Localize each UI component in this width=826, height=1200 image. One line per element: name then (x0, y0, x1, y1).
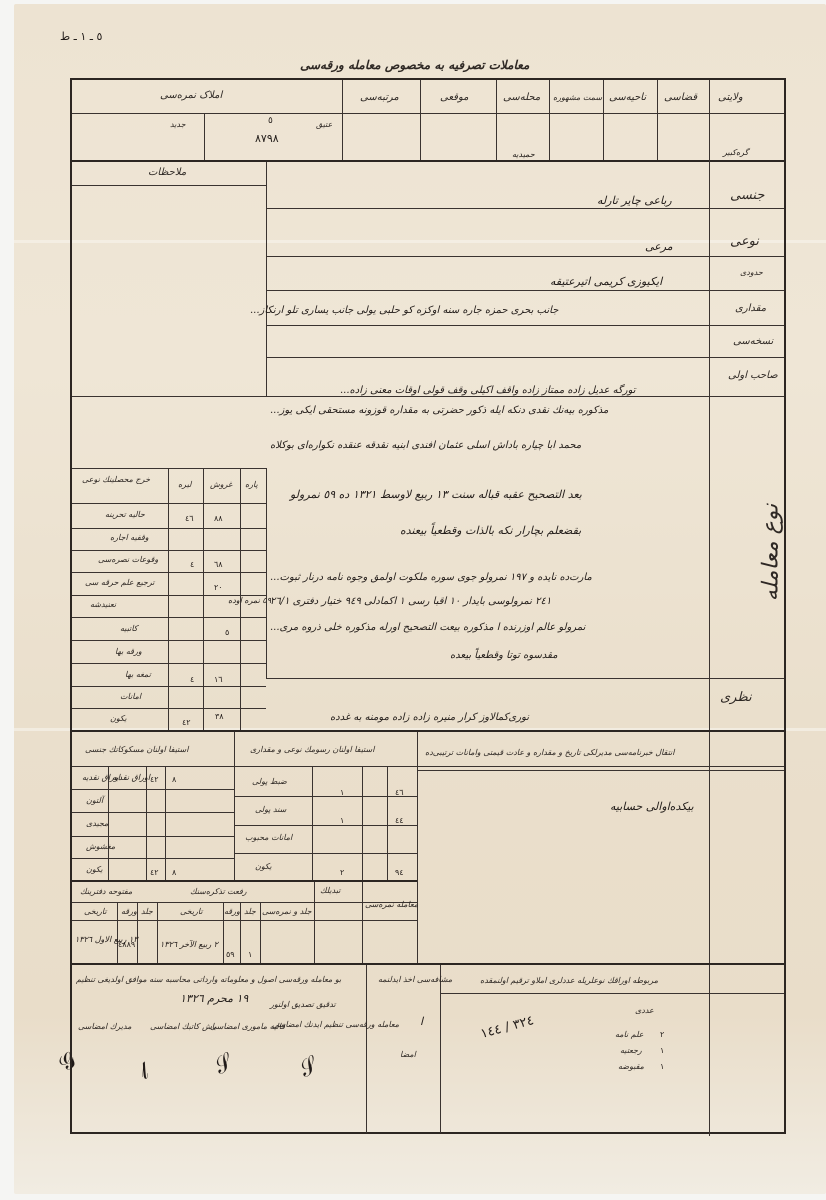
attached-item-name: علم نامه (615, 1030, 644, 1039)
value-miktari: جانب بحری حمزه جاره سنه اوکزه کو حلبی یو… (250, 305, 558, 316)
mahalle-value: حمیدیه (512, 150, 535, 159)
fee-total-kurus: ٣٨ (215, 712, 224, 721)
body-line-3: بعد التصحیح عقبه قباله سنت ١٣ ربیع لاوسط… (290, 488, 582, 501)
fee-row-kurus: ٦٨ (214, 560, 223, 569)
fee-total-label: یکون (110, 714, 127, 723)
fee-row-label: وقفیه اجاره (110, 533, 149, 542)
record-date-2: ٢ ربیع الآخر ١٣٢٦ (160, 940, 218, 949)
records-header-tezkere: رفعت تذکره‌سنك (190, 887, 247, 896)
frame-top (70, 78, 786, 80)
emlak-old-label: عتیق (316, 120, 332, 129)
rusum-total-lira: ٢ (340, 868, 344, 877)
fee-row-kurus: ١٦ (214, 675, 223, 684)
value-nevi: مرعی (645, 240, 673, 253)
body-line-6: ٢٤١ نمرولوسی بایدار ١٠ اقبا رسی ١ اکمادل… (270, 596, 551, 607)
rusum-row-lira: ١ (340, 816, 344, 825)
attached-item-name: مقبوضه (618, 1062, 644, 1071)
corner-mark: ٥ ـ ١ ـ ط (60, 30, 102, 43)
rusum-row-label: سند پولی (255, 805, 286, 814)
fee-row-kurus: ٨٨ (214, 514, 223, 523)
fee-row-label: وقوعات نصره‌سی (98, 555, 158, 564)
rusum-row-kurus: ٤٦ (395, 788, 404, 797)
attached-item-count: ١ (660, 1046, 664, 1055)
header-emlak-no: املاک نمره‌سی (160, 90, 222, 101)
fee-row-label: امانات (120, 692, 141, 701)
fee-header-type: خرج محصلینك نوعی (82, 475, 150, 484)
rusum-total-kurus: ٩٤ (395, 868, 404, 877)
fee-collector-value: ا (420, 1015, 423, 1028)
label-miktari: مقداری (735, 303, 766, 314)
paper-fold (14, 240, 826, 243)
coin-note: اوراق نقدیه (112, 773, 150, 782)
fee-row-label: تمغه بها (125, 670, 151, 679)
coin-total-kurus: ٤٢ (150, 868, 159, 877)
attached-item-name: رجعتیه (620, 1046, 642, 1055)
label-hududu: حدودی (740, 268, 763, 277)
rusum-row-lira: ١ (340, 788, 344, 797)
coin-total-label: یکون (86, 865, 103, 874)
record-sheet-2: ٥٩ (226, 950, 235, 959)
coin-row-label: آلتون (86, 796, 103, 805)
body-line-8: مقدسوه توتا وقطعیاً بیعده (450, 650, 558, 661)
document-title: معاملات تصرفیه به مخصوص معامله ورقه‌سی (300, 58, 529, 72)
fee-row-label: حالیه تحرینه (105, 510, 145, 519)
naziri-label: نظری (720, 690, 752, 705)
header-semt: سمت مشهوره (553, 93, 602, 102)
body-line-5: مارت‌ده نایده و ١٩٧ نمرولو جوی سوره ملکو… (270, 572, 592, 583)
label-cinsi: جنسی (730, 188, 764, 203)
records-sub-sheet: ورقه (224, 907, 240, 916)
record-sheet-1: ٤٨٨٩ (118, 940, 135, 949)
fee-row-label: کاتبیه (120, 624, 138, 633)
transfer-note: بیکده‌اوالی حسابیه (610, 800, 694, 813)
fee-row-label: نعنیدشه (90, 600, 116, 609)
coin-para: ٨ (172, 775, 176, 784)
label-sahib-evveli: صاحب اولی (728, 370, 778, 381)
header-mevki: موقعی (440, 92, 468, 103)
rusum-total-label: یکون (255, 862, 272, 871)
approval-text: بو معامله ورقه‌سی اصول و معلوماته واردات… (76, 975, 341, 984)
label-nushasi: نسخه‌سی (733, 336, 773, 347)
coin-row-label: مغشوش (86, 842, 115, 851)
records-header-muamele: معامله نمره‌سی (365, 900, 418, 909)
records-sub-volume: جلد (141, 907, 153, 916)
header-kaza: قضاسی (664, 92, 697, 103)
value-hududu: ایکیوزی کریمی اتیرعتیقه (550, 275, 662, 288)
body-line-1: مذکوره بیه‌نك نقدی دنکه ایله ذکور حضرتی … (270, 405, 608, 416)
naziri-value: نوری‌کمالاوز کرار منیره زاده زاده مومنه … (330, 712, 529, 723)
records-sub-date: تاریخی (84, 907, 107, 916)
frame-bottom (70, 1132, 786, 1134)
header-mahalle: محله‌سی (503, 92, 540, 103)
fee-row-label: ورقه بها (115, 647, 142, 656)
records-sub-volume: جلد (244, 907, 256, 916)
record-volume-2: ١ (248, 950, 252, 959)
attached-item-count: ٢ (660, 1030, 664, 1039)
fee-row-lira: ٤٦ (185, 514, 194, 523)
label-nevi: نوعی (730, 234, 759, 249)
header-vilayet: ولایتی (718, 92, 743, 103)
fee-header-para: پاره (245, 480, 258, 489)
records-sub-sheet: ورقه (121, 907, 137, 916)
signatory-label: قالیه ماموری امضاسی (210, 1022, 285, 1031)
header-mertebe: مرتبه‌سی (360, 92, 399, 103)
rusum-row-kurus: ٤٤ (395, 816, 404, 825)
attached-title: مربوطه اوراقك نوعلریله عددلری املاو ترقی… (480, 976, 658, 985)
fee-collector-label: مشافه‌سی اخذ ایدلنمه (378, 975, 452, 984)
signatory-label: معامله ورقه‌سی تنظیم ایدنك امضاسی (272, 1020, 399, 1029)
records-sub-tebdil: جلد و نمره‌سی (262, 907, 312, 916)
coin-row-label: مجیدی (86, 819, 108, 828)
fee-row-lira: ٤ (190, 560, 194, 569)
body-line-7: نمرولو عالم اوزرنده ا مذکوره بیعت التصحی… (270, 622, 585, 633)
approval-sub: تدقیق تصدیق اولنور (270, 1000, 336, 1009)
coin-kurus: ٤٢ (150, 775, 159, 784)
fee-row-lira: ٤ (190, 675, 194, 684)
records-header-mefruze: مفتوحه دفترینك (80, 887, 132, 896)
fee-collector-sig: امضا (400, 1050, 416, 1059)
rusum-row-label: امانات محبوب (245, 833, 292, 842)
records-header-tebdil: تبدیلك (320, 886, 340, 895)
emlak-old-number: ٨٧٩٨ (255, 132, 279, 145)
attached-number-label: عددی (635, 1006, 654, 1015)
approval-date: ١٩ محرم ١٣٢٦ (180, 992, 248, 1005)
istifa-cins-header: استیفا اولنان مسکوکاتك جنسی (85, 745, 188, 754)
fee-row-label: ترجیع علم حرقه سی (85, 578, 154, 587)
emlak-new-label: جدید (170, 120, 186, 129)
main-side-label: نوع معامله (758, 504, 783, 602)
coin-total-para: ٨ (172, 868, 176, 877)
fee-header-kurus: غروش (210, 480, 232, 489)
transfer-header: انتقال خبرنامه‌سی مدیرلکی تاریخ و مقداره… (425, 748, 674, 757)
body-line-2: محمد ابا چیاره باداش اسلی عثمان افندی اب… (270, 440, 581, 451)
fee-total-lira: ٤٢ (182, 718, 191, 727)
records-sub-date: تاریخی (180, 907, 203, 916)
vilayet-value: گره‌کبیر (723, 148, 748, 157)
fee-header-lira: لیره (178, 480, 191, 489)
frame-right (784, 78, 786, 1133)
signatory-label: مدیرك امضاسی (78, 1022, 132, 1031)
header-nahiye: ناحیه‌سی (609, 92, 646, 103)
notes-title: ملاحظات (148, 167, 186, 178)
istifa-rusum-header: استیفا اولنان رسومك نوعی و مقداری (250, 745, 374, 754)
fee-row-kurus: ٢٠ (214, 583, 223, 592)
frame-left (70, 78, 72, 1133)
body-line-4: بقضعلم بچارار نکه بالذات وقطعیاً بیعنده (400, 524, 581, 537)
margin-note: ٥٩ نمره اوده (228, 596, 271, 605)
value-sahib-evveli: تورگه عدیل زاده ممتاز زاده واقف اکیلی وق… (340, 385, 636, 396)
attached-item-count: ١ (660, 1062, 664, 1071)
signatory-label: باش کاتبك امضاسی (150, 1022, 216, 1031)
value-cinsi: رباعی چایر تارله (597, 194, 672, 207)
fee-row-kurus: ٥ (225, 628, 229, 637)
emlak-old-value: ٥ (268, 116, 273, 126)
rusum-row-label: ضبط پولی (252, 777, 287, 786)
